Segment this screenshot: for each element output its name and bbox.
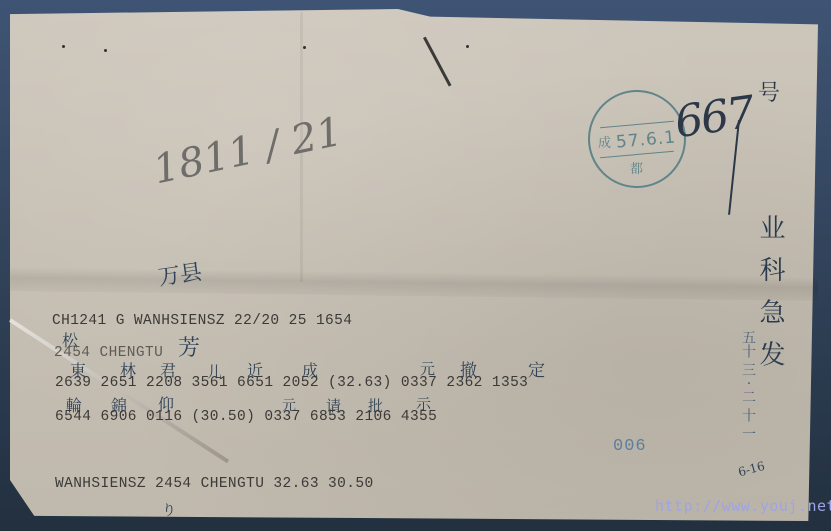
place-note: 万县 <box>156 255 204 292</box>
handwritten-date: 五十 三 · 二 十 一 <box>738 330 758 441</box>
telegram-header-line: CH1241 G WANHSIENSZ 22/20 25 1654 <box>52 313 352 329</box>
stamp-bottom-char: 都 <box>630 158 643 177</box>
stamp-date: 57.6.1 <box>615 127 677 152</box>
punch-hole <box>62 45 65 48</box>
decode-char: 定 <box>528 356 545 381</box>
telegram-footer-line: WANHSIENSZ 2454 CHENGTU 32.63 30.50 <box>55 476 374 492</box>
handwritten-number: 667 <box>672 87 756 148</box>
handwritten-mark: り <box>162 500 176 520</box>
punch-hole <box>303 46 306 49</box>
telegram-code-line-2: 6544 6906 0116 (30.50) 0337 6853 2106 43… <box>55 409 437 425</box>
punch-hole <box>466 45 469 48</box>
telegram-paper <box>10 9 818 521</box>
serial-number: 006 <box>613 437 647 456</box>
watermark-url: http://www.youj.net/ <box>655 497 831 515</box>
stamp-left-char: 成 <box>598 132 611 151</box>
stamp-line <box>600 121 674 128</box>
number-suffix: 号 <box>758 76 780 107</box>
handwritten-mark: 芳 <box>178 331 200 362</box>
telegram-code-line-1: 2639 2651 2208 3561 6651 2052 (32.63) 03… <box>55 375 528 391</box>
punch-hole <box>104 49 107 52</box>
postmark-stamp: 成 57.6.1 都 <box>588 90 686 188</box>
